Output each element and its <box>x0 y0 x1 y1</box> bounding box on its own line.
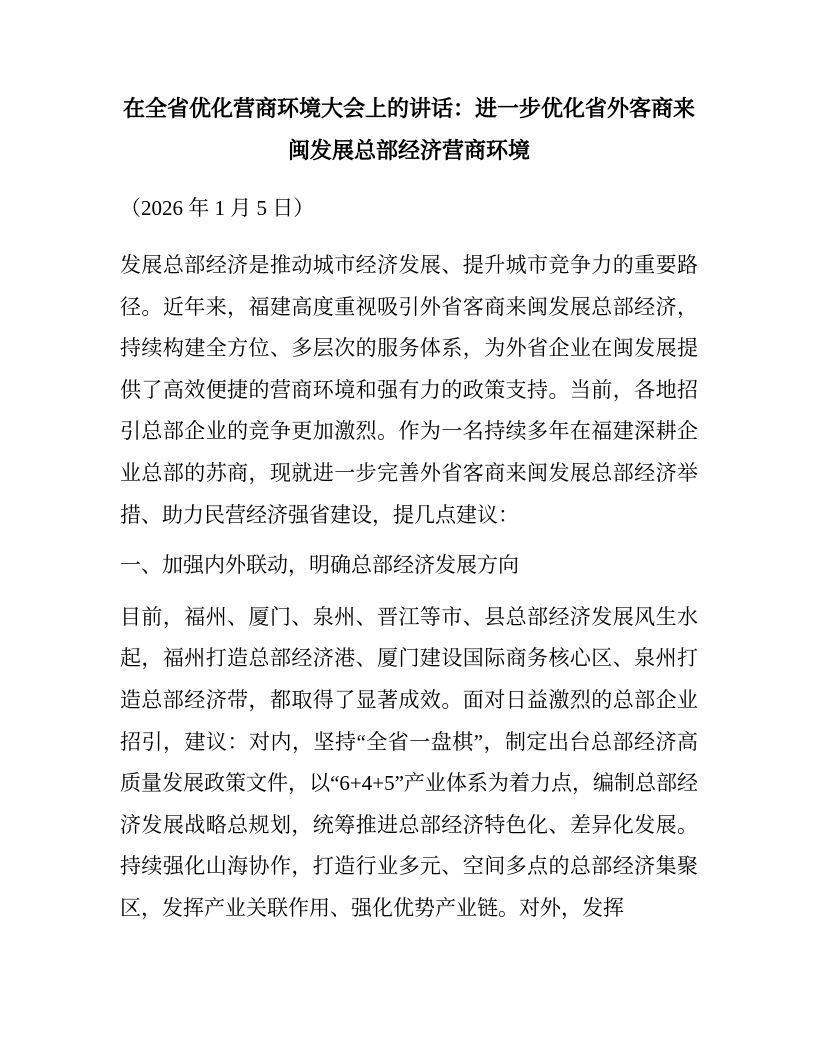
document-title: 在全省优化营商环境大会上的讲话：进一步优化省外客商来闽发展总部经济营商环境 <box>120 88 698 172</box>
section-heading-1: 一、加强内外联动，明确总部经济发展方向 <box>120 545 698 587</box>
document-page: 在全省优化营商环境大会上的讲话：进一步优化省外客商来闽发展总部经济营商环境 （2… <box>0 0 816 1056</box>
paragraph-2: 目前，福州、厦门、泉州、晋江等市、县总部经济发展风生水起，福州打造总部经济港、厦… <box>120 597 698 930</box>
paragraph-1: 发展总部经济是推动城市经济发展、提升城市竞争力的重要路径。近年来，福建高度重视吸… <box>120 245 698 536</box>
date-line: （2026 年 1 月 5 日） <box>120 187 698 229</box>
document-content: 在全省优化营商环境大会上的讲话：进一步优化省外客商来闽发展总部经济营商环境 （2… <box>120 88 698 930</box>
